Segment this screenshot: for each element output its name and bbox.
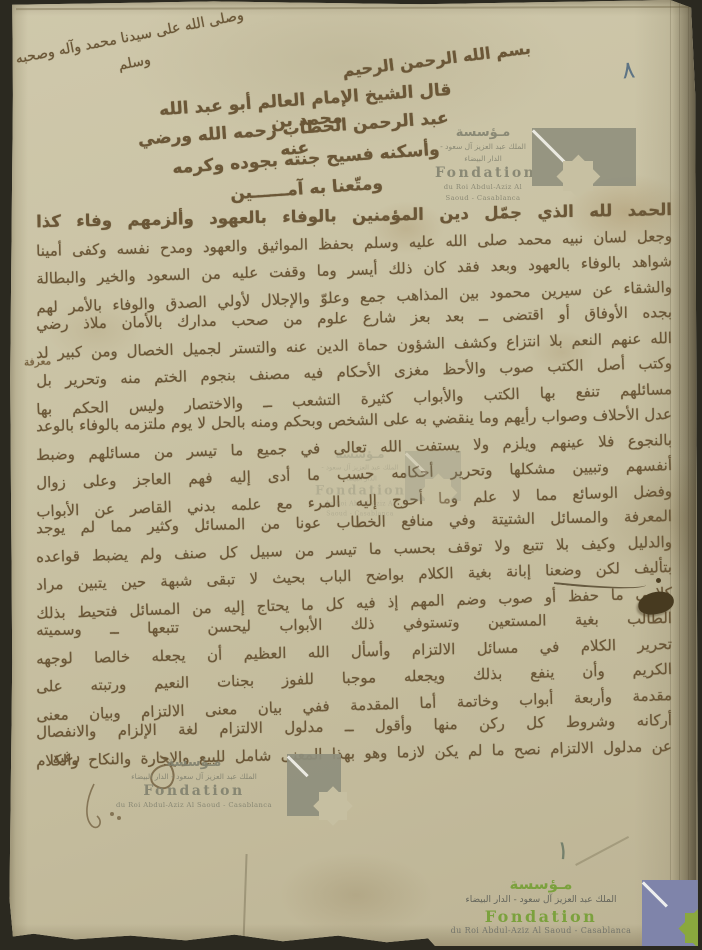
- blessing-line: وصلى الله على سيدنا محمد وآله وصحبه وسلم: [11, 2, 253, 98]
- foundation-fullname-arabic: الملك عبد العزيز آل سعود - الدار البيضاء: [435, 141, 531, 165]
- foundation-name-arabic: مـؤسسة: [435, 124, 531, 141]
- margin-note: معرفة: [24, 355, 52, 368]
- foundation-fullname-arabic: الملك عبد العزيز آل سعود - الدار البيضاء: [440, 893, 642, 908]
- foundation-name-arabic: مـؤسسة: [315, 447, 405, 462]
- ink-dot: [656, 578, 661, 583]
- foundation-name-arabic: مـؤسسة: [103, 754, 285, 771]
- page-number-bottom: ١: [554, 835, 571, 866]
- logo-diagonal: [405, 452, 427, 474]
- foundation-name-french: Fondation: [440, 908, 642, 925]
- foundation-name-arabic: مـؤسسة: [440, 876, 642, 893]
- eight-point-star-icon: [419, 473, 457, 511]
- foundation-fullname-french: du Roi Abdul-Aziz Al Saoud - Casablanca: [315, 499, 405, 519]
- logo-diagonal: [642, 881, 668, 907]
- foundation-logo: [532, 128, 636, 186]
- basmala-line: بسم الله الرحمن الرحيم: [334, 38, 540, 82]
- foundation-fullname-arabic: الملك عبد العزيز آل سعود - الدار البيضاء: [315, 462, 405, 484]
- eight-point-star-icon: [556, 154, 600, 198]
- page-number-top: ٨: [621, 55, 637, 84]
- eight-point-star-icon: [313, 786, 353, 826]
- logo-diagonal: [287, 755, 309, 777]
- watermark-foundation-center: مـؤسسة الملك عبد العزيز آل سعود - الدار …: [302, 443, 467, 505]
- foundation-logo: [405, 451, 461, 501]
- foundation-fullname-french: du Roi Abdul-Aziz Al Saoud - Casablanca: [440, 925, 642, 937]
- watermark-foundation-bottomright: مـؤسسة الملك عبد العزيز آل سعود - الدار …: [438, 874, 702, 950]
- foundation-name-french: Fondation: [315, 484, 405, 499]
- paper-fold-line: [16, 6, 692, 10]
- foundation-fullname-french: du Roi Abdul-Aziz Al Saoud - Casablanca: [435, 182, 531, 204]
- foundation-name-french: Fondation: [435, 165, 531, 182]
- foundation-logo: [287, 754, 341, 816]
- foundation-fullname-french: du Roi Abdul-Aziz Al Saoud - Casablanca: [103, 800, 285, 811]
- watermark-foundation-topright: مـؤسسة الملك عبد العزيز آل سعود - الدار …: [434, 122, 639, 192]
- eight-point-star-icon: [678, 906, 702, 950]
- foundation-logo: [642, 880, 702, 946]
- watermark-foundation-bottomcenter: مـؤسسة الملك عبد العزيز آل سعود - الدار …: [101, 752, 343, 822]
- manuscript-page: ٨ ١ بسم الله الرحمن الرحيم وصلى الله على…: [6, 0, 698, 946]
- paper-crease: [575, 836, 629, 865]
- paper-crease: [242, 854, 247, 944]
- foundation-name-french: Fondation: [103, 783, 285, 800]
- foundation-fullname-arabic: الملك عبد العزيز آل سعود - الدار البيضاء: [103, 771, 285, 783]
- manuscript-scan: ٨ ١ بسم الله الرحمن الرحيم وصلى الله على…: [0, 0, 702, 950]
